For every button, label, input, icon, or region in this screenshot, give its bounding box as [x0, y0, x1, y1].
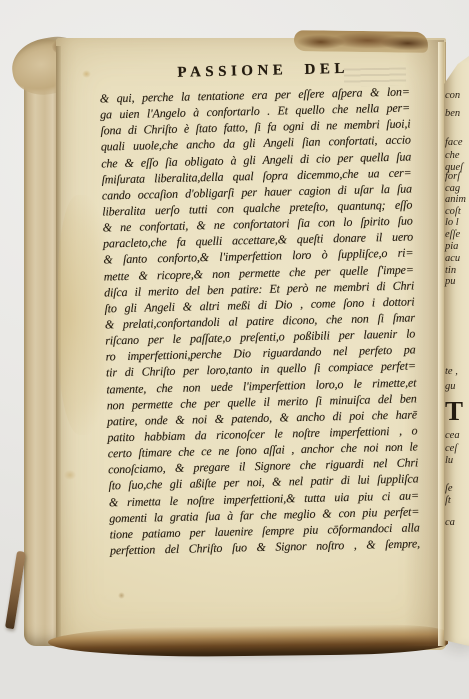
- right-page-drop-cap: T: [445, 398, 463, 425]
- right-page-text-fragment: lu: [445, 455, 453, 466]
- right-page-text-fragment: tin: [445, 265, 456, 276]
- foxing-spot: [64, 470, 76, 480]
- foxing-spot: [118, 592, 125, 599]
- right-page-text-fragment: forſ: [445, 171, 460, 182]
- right-page-text-fragment: face: [445, 137, 463, 148]
- right-page-text-fragment: gu: [445, 381, 456, 392]
- right-page-text-fragment: pu: [445, 276, 456, 287]
- right-page-text-fragment: ceſ: [445, 443, 457, 454]
- printed-text-block: PASSIONE DEL & qui, perche la tentatione…: [99, 59, 420, 558]
- right-page-text-fragment: ben: [445, 108, 460, 119]
- right-page-text-fragment: ſe: [445, 483, 453, 494]
- body-text: & qui, perche la tentatione era per eſſe…: [100, 83, 421, 558]
- right-page-text-fragment: lo l: [445, 217, 459, 228]
- right-page-text-fragment: pia: [445, 241, 458, 252]
- right-page-text-fragment: acu: [445, 253, 460, 264]
- leather-tie-strap: [5, 551, 26, 629]
- right-page-sliver: con ben face che queſ forſ cag anim coſt…: [444, 54, 469, 646]
- right-page-text-fragment: eſſe: [445, 229, 460, 240]
- book-photograph: PASSIONE DEL & qui, perche la tentatione…: [0, 0, 469, 699]
- right-page-text-fragment: ſt: [445, 495, 451, 506]
- right-page-text-fragment: cag: [445, 183, 460, 194]
- right-page-text-fragment: anim: [445, 194, 466, 205]
- right-page-text-fragment: ca: [445, 517, 455, 528]
- right-page-text-fragment: coſt: [445, 206, 461, 217]
- right-page-text-fragment: cea: [445, 430, 460, 441]
- right-page-text-fragment: te ,: [445, 366, 458, 377]
- right-page-text-fragment: che: [445, 150, 460, 161]
- right-page-text-fragment: con: [445, 90, 460, 101]
- foxing-spot: [82, 70, 91, 78]
